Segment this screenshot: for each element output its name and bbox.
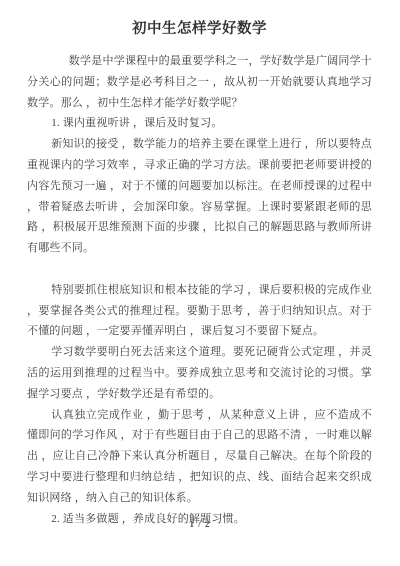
paragraph-memorize: 学习数学要明白死去活来这个道理。要死记硬背公式定理 ，并灵活的运用到推理的过程当… [27, 342, 372, 404]
paragraph-section-1-heading: 1. 课内重视听讲 ，课后及时复习。 [27, 113, 372, 134]
document-page: 初中生怎样学好数学 数学是中学课程中的最重要学科之一，学好数学是广阔同学十分关心… [0, 0, 400, 566]
paragraph-intro: 数学是中学课程中的最重要学科之一，学好数学是广阔同学十分关心的问题；数学是必考科… [27, 51, 372, 113]
paragraph-homework: 认真独立完成作业 ，勤于思考 ，从某种意义上讲 ，应不造成不懂即问的学习作风 ，… [27, 405, 372, 509]
paragraph-basics: 特别要抓住根底知识和根本技能的学习 ，课后要积极的完成作业 ，要掌握各类公式的推… [27, 280, 372, 342]
paragraph-section-1-body: 新知识的接受 ，数学能力的培养主要在课堂上进行 ，所以要特点重视课内的学习效率 … [27, 134, 372, 259]
page-number: 1 / 2 [0, 519, 400, 529]
document-title: 初中生怎样学好数学 [27, 19, 372, 39]
